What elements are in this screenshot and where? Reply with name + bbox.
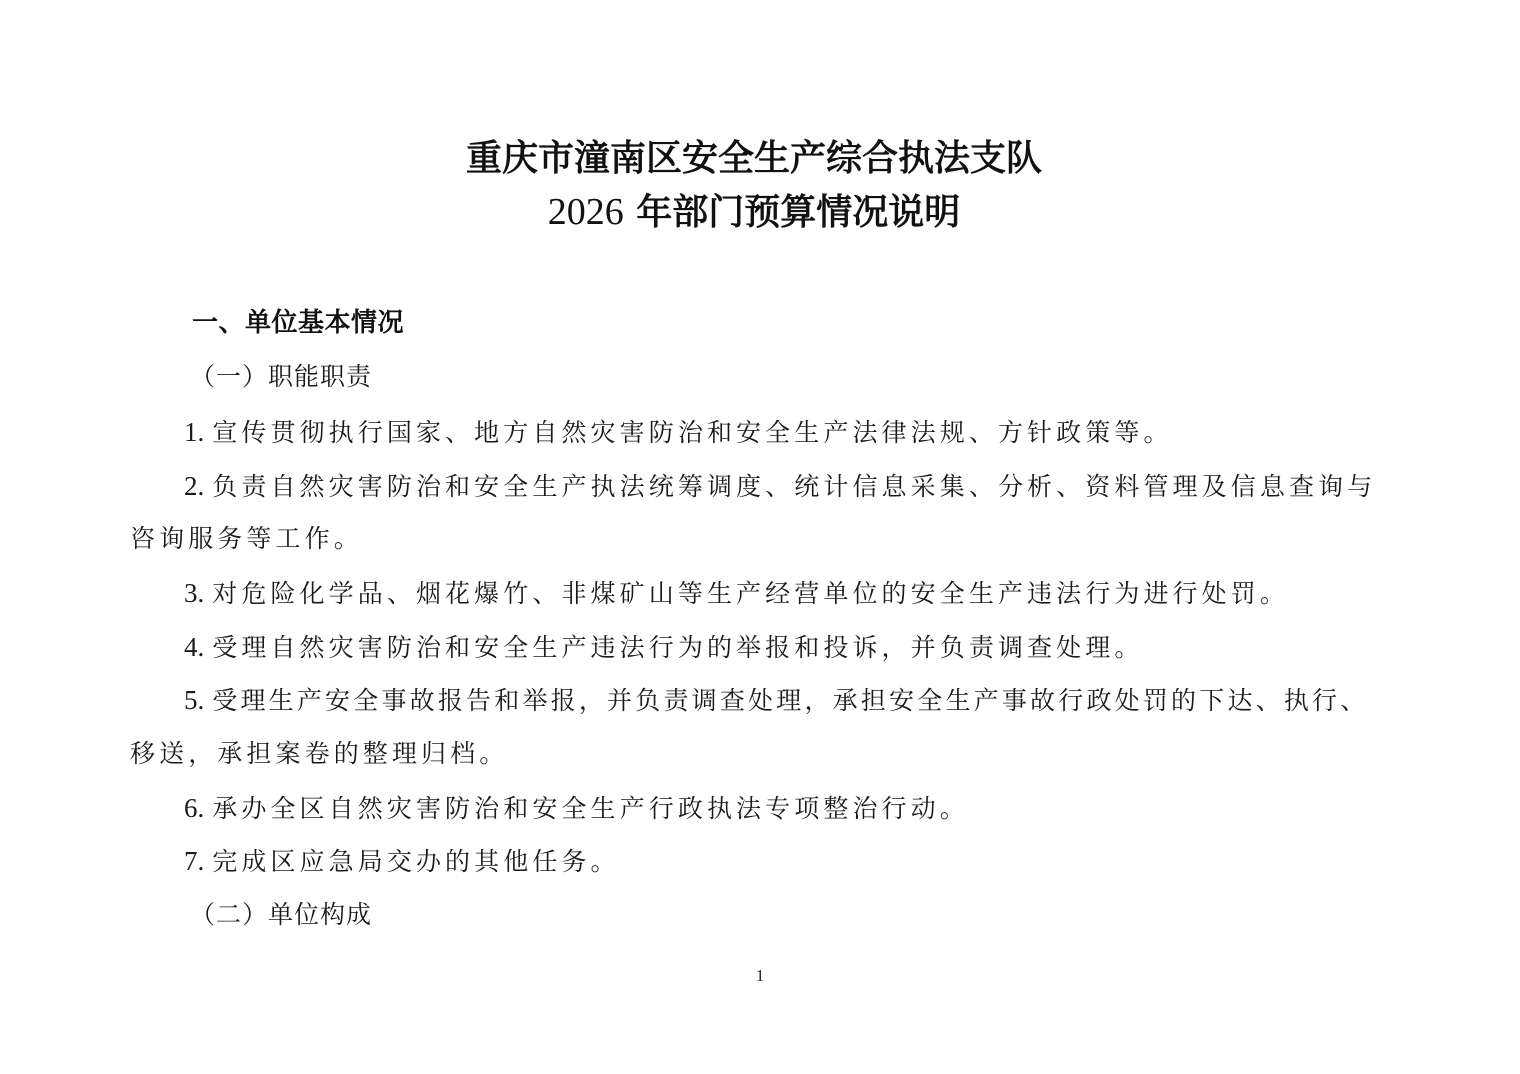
item-number: 6. (184, 793, 204, 823)
item-text: 负责自然灾害防治和安全生产执法统筹调度、统计信息采集、分析、资料管理及信息查询与 (212, 472, 1376, 501)
item-number: 7. (184, 846, 204, 876)
title-suffix: 年部门预算情况说明 (636, 191, 960, 233)
page-number: 1 (0, 966, 1520, 986)
document-title-line1: 重庆市潼南区安全生产综合执法支队 (0, 131, 1508, 185)
item-text: 受理自然灾害防治和安全生产违法行为的举报和投诉，并负责调查处理。 (212, 633, 1143, 662)
duty-item-6: 6.承办全区自然灾害防治和安全生产行政执法专项整治行动。 (184, 790, 969, 827)
section-heading-basic-info: 一、单位基本情况 (192, 305, 404, 341)
subsection-heading-functions: （一）职能职责 (190, 359, 372, 395)
item-number: 3. (184, 578, 204, 608)
duty-item-1: 1.宣传贯彻执行国家、地方自然灾害防治和安全生产法律法规、方针政策等。 (184, 414, 1173, 451)
duty-item-3: 3.对危险化学品、烟花爆竹、非煤矿山等生产经营单位的安全生产违法行为进行处罚。 (184, 575, 1289, 612)
duty-item-4: 4.受理自然灾害防治和安全生产违法行为的举报和投诉，并负责调查处理。 (184, 629, 1143, 666)
duty-item-2-continued: 咨询服务等工作。 (130, 521, 363, 557)
item-number: 4. (184, 632, 204, 662)
document-title-line2: 2026 年部门预算情况说明 (0, 185, 1508, 239)
item-text: 承办全区自然灾害防治和安全生产行政执法专项整治行动。 (212, 794, 969, 823)
duty-item-5-continued: 移送，承担案卷的整理归档。 (130, 736, 508, 772)
duty-item-7: 7.完成区应急局交办的其他任务。 (184, 843, 620, 880)
item-number: 5. (184, 685, 204, 715)
subsection-heading-composition: （二）单位构成 (190, 897, 372, 933)
title-year: 2026 (548, 191, 624, 233)
item-number: 1. (184, 417, 204, 447)
item-text: 受理生产安全事故报告和举报，并负责调查处理，承担安全生产事故行政处罚的下达、执行… (212, 686, 1368, 715)
item-text: 宣传贯彻执行国家、地方自然灾害防治和安全生产法律法规、方针政策等。 (212, 418, 1172, 447)
document-page: 重庆市潼南区安全生产综合执法支队 2026 年部门预算情况说明 一、单位基本情况… (0, 0, 1520, 1074)
item-text: 完成区应急局交办的其他任务。 (212, 847, 619, 876)
duty-item-2: 2.负责自然灾害防治和安全生产执法统筹调度、统计信息采集、分析、资料管理及信息查… (184, 468, 1376, 505)
duty-item-5: 5.受理生产安全事故报告和举报，并负责调查处理，承担安全生产事故行政处罚的下达、… (184, 682, 1368, 719)
item-text: 对危险化学品、烟花爆竹、非煤矿山等生产经营单位的安全生产违法行为进行处罚。 (212, 579, 1289, 608)
item-number: 2. (184, 471, 204, 501)
